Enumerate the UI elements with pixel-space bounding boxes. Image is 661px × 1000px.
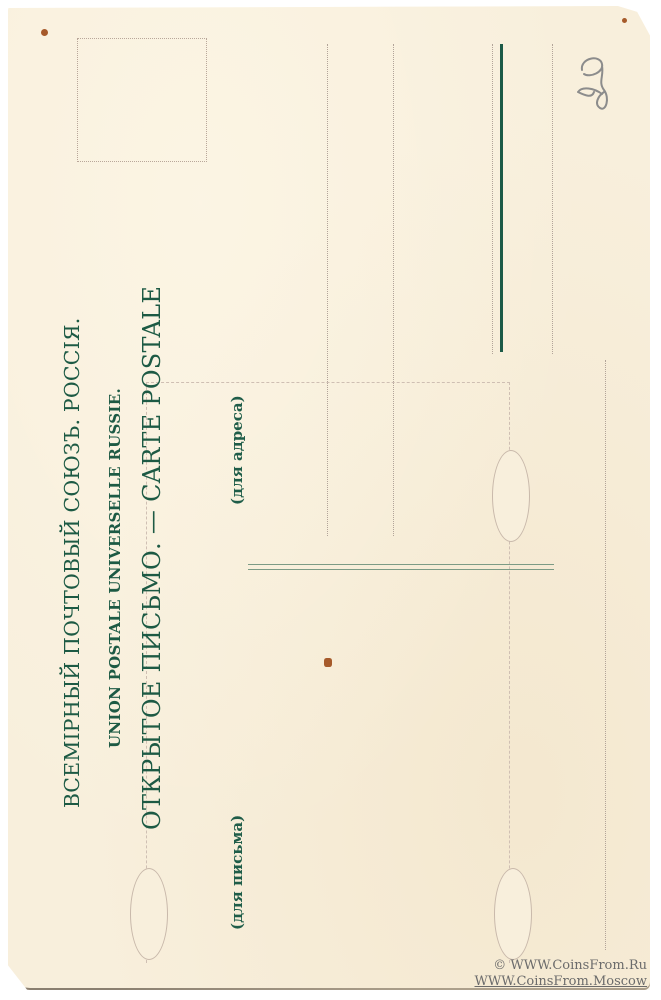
notch-left-bottom xyxy=(130,868,168,960)
horizontal-double-line xyxy=(248,564,554,570)
watermark-line-1: © WWW.CoinsFrom.Ru xyxy=(475,958,648,974)
header-carte-postale: ОТКРЫТОЕ ПИСЬМО. — CARTE POSTALE xyxy=(138,286,166,830)
watermark-line-2: WWW.CoinsFrom.Moscow xyxy=(475,974,648,990)
divider-line-green xyxy=(500,44,503,352)
message-area-outline xyxy=(146,382,510,963)
notch-right-bottom xyxy=(494,868,532,960)
stain-mark-center xyxy=(324,658,332,667)
handwritten-number-icon xyxy=(572,52,622,122)
address-line-dotted-4 xyxy=(552,44,553,354)
header-universal-postal-union-fr: UNION POSTALE UNIVERSELLE RUSSIE. xyxy=(106,388,124,748)
stain-mark-top-right xyxy=(622,18,627,23)
stamp-placeholder-box xyxy=(77,38,207,162)
address-label: (для адреса) xyxy=(228,395,246,505)
message-label: (для письма) xyxy=(228,815,246,930)
address-line-dotted-3 xyxy=(492,44,493,354)
header-universal-postal-union-ru: ВСЕМIРНЫЙ ПОЧТОВЫЙ СОЮЗЪ. РОССIЯ. xyxy=(60,318,84,808)
watermark: © WWW.CoinsFrom.Ru WWW.CoinsFrom.Moscow xyxy=(475,958,648,990)
notch-right-top xyxy=(492,450,530,542)
margin-line-dotted xyxy=(605,360,606,950)
stain-mark-top-left xyxy=(41,29,48,36)
